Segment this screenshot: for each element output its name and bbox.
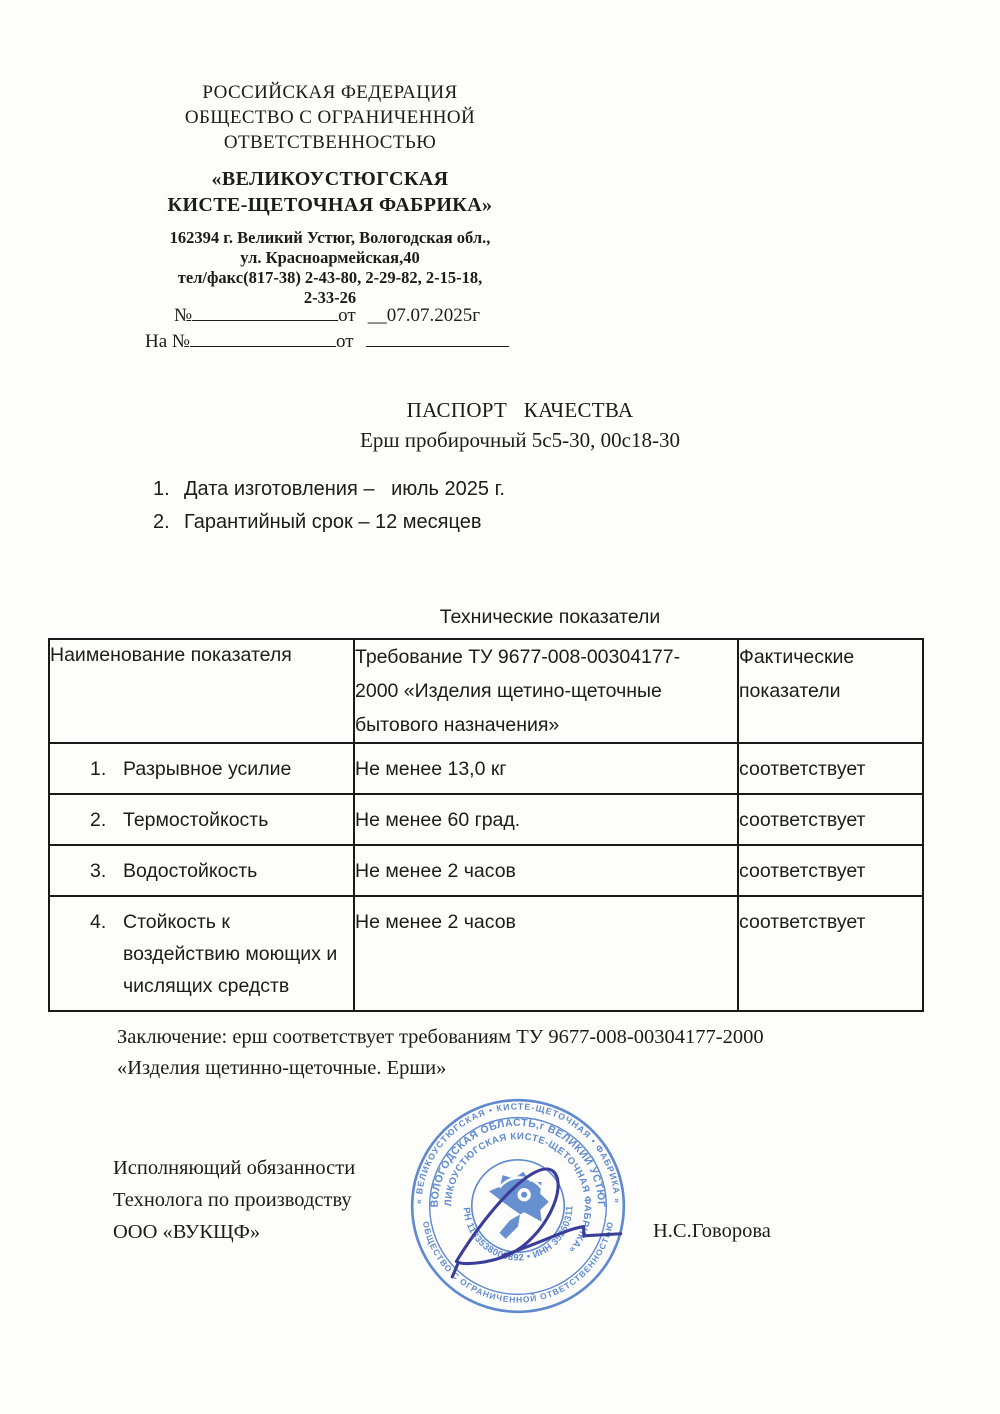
blank-underline xyxy=(190,329,336,347)
document-title-block: ПАСПОРТ КАЧЕСТВА Ерш пробирочный 5с5-30,… xyxy=(40,395,1000,455)
header-indicator-name: Наименование показателя xyxy=(49,639,354,743)
scanned-document-page: { "letterhead": { "org_line1": "РОССИЙСК… xyxy=(0,0,1000,1414)
outgoing-ref-line: №от__07.07.2025г xyxy=(145,303,545,329)
row-number: 3. xyxy=(90,855,123,887)
warranty-item: 2. Гарантийный срок – 12 месяцев xyxy=(153,510,753,534)
ref2-from-label: от xyxy=(336,331,354,352)
company-address-line2: ул. Красноармейская,40 xyxy=(130,248,530,268)
incoming-ref-line: На №от xyxy=(145,329,545,355)
manufacture-date-item: 1. Дата изготовления – июль 2025 г. xyxy=(153,477,753,501)
table-row: 2.Термостойкость Не менее 60 град. соотв… xyxy=(49,794,923,845)
indicator-name: Водостойкость xyxy=(123,855,271,887)
reference-lines: №от__07.07.2025г На №от xyxy=(145,303,545,355)
letterhead: РОССИЙСКАЯ ФЕДЕРАЦИЯ ОБЩЕСТВО С ОГРАНИЧЕ… xyxy=(130,80,530,308)
company-name-line2: КИСТЕ-ЩЕТОЧНАЯ ФАБРИКА» xyxy=(130,192,530,218)
header-requirement: Требование ТУ 9677-008-00304177- 2000 «И… xyxy=(354,639,738,743)
ref-date: __07.07.2025г xyxy=(368,305,480,326)
indicator-actual: соответствует xyxy=(738,743,923,794)
row-number: 1. xyxy=(90,753,123,785)
indicator-actual: соответствует xyxy=(738,896,923,1011)
conclusion-paragraph: Заключение: ерш соответствует требования… xyxy=(117,1022,897,1084)
item-number: 2. xyxy=(153,510,184,534)
indicator-requirement: Не менее 60 град. xyxy=(354,794,738,845)
table-caption: Технические показатели xyxy=(100,606,1000,629)
product-info-list: 1. Дата изготовления – июль 2025 г. 2. Г… xyxy=(153,477,753,543)
ref-from-label: от xyxy=(338,305,356,326)
ref-on-no-label: На № xyxy=(145,331,190,352)
indicator-requirement: Не менее 13,0 кг xyxy=(354,743,738,794)
indicator-requirement: Не менее 2 часов xyxy=(354,896,738,1011)
indicator-actual: соответствует xyxy=(738,845,923,896)
company-phone-line1: тел/факс(817-38) 2-43-80, 2-29-82, 2-15-… xyxy=(130,268,530,288)
indicator-name: Стойкость к воздействию моющих и числящи… xyxy=(123,906,353,1002)
manufacture-date-text: Дата изготовления – июль 2025 г. xyxy=(184,477,505,501)
row-number: 2. xyxy=(90,804,123,836)
blank-underline xyxy=(366,329,509,347)
indicator-name: Разрывное усилие xyxy=(123,753,305,785)
table-row: 1.Разрывное усилие Не менее 13,0 кг соот… xyxy=(49,743,923,794)
table-row: 3.Водостойкость Не менее 2 часов соответ… xyxy=(49,845,923,896)
warranty-text: Гарантийный срок – 12 месяцев xyxy=(184,510,482,534)
letterhead-org-type-line2: ОТВЕТСТВЕННОСТЬЮ xyxy=(130,130,530,155)
company-seal-icon: « ВЕЛИКОУСТЮГСКАЯ • КИСТЕ-ЩЕТОЧНАЯ • ФАБ… xyxy=(405,1093,631,1319)
header-actual: Фактические показатели xyxy=(738,639,923,743)
ref-no-label: № xyxy=(174,305,192,326)
row-number: 4. xyxy=(90,906,123,1002)
indicator-requirement: Не менее 2 часов xyxy=(354,845,738,896)
blank-underline xyxy=(192,303,338,321)
indicator-actual: соответствует xyxy=(738,794,923,845)
product-name: Ерш пробирочный 5с5-30, 00с18-30 xyxy=(40,425,1000,455)
signer-name: Н.С.Говорова xyxy=(653,1220,771,1243)
item-number: 1. xyxy=(153,477,184,501)
technical-indicators-table: Наименование показателя Требование ТУ 96… xyxy=(48,638,924,1012)
indicator-name: Термостойкость xyxy=(123,804,282,836)
letterhead-country: РОССИЙСКАЯ ФЕДЕРАЦИЯ xyxy=(130,80,530,105)
table-row: 4.Стойкость к воздействию моющих и числя… xyxy=(49,896,923,1011)
company-address-line1: 162394 г. Великий Устюг, Вологодская обл… xyxy=(130,228,530,248)
company-name-line1: «ВЕЛИКОУСТЮГСКАЯ xyxy=(130,166,530,192)
document-title: ПАСПОРТ КАЧЕСТВА xyxy=(40,395,1000,425)
seal-rings: « ВЕЛИКОУСТЮГСКАЯ • КИСТЕ-ЩЕТОЧНАЯ • ФАБ… xyxy=(405,1093,624,1312)
letterhead-org-type-line1: ОБЩЕСТВО С ОГРАНИЧЕННОЙ xyxy=(130,105,530,130)
table-header-row: Наименование показателя Требование ТУ 96… xyxy=(49,639,923,743)
company-seal-stamp: « ВЕЛИКОУСТЮГСКАЯ • КИСТЕ-ЩЕТОЧНАЯ • ФАБ… xyxy=(405,1093,631,1319)
